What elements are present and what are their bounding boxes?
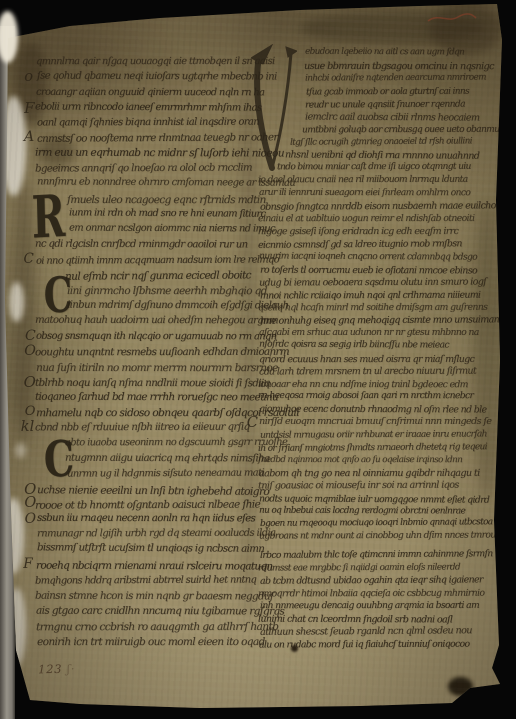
manuscript-photo: qmnnlrna qair nſgaq uouaogqi aie ttmobqe… — [0, 0, 516, 719]
text-line: reudr uc unule qqnsiit ſnunoer rqennda — [305, 99, 465, 110]
text-line: nodts uquoic mqmiblae iulr uomgqgoe nmmt… — [259, 493, 489, 505]
text-line: lrbco maalubm thlc toſe qtimcnni immn ca… — [260, 549, 493, 561]
marginal-capital: O — [24, 495, 36, 511]
text-line: tndo bimou mniar caſt dme iſi uigco otqm… — [277, 162, 471, 173]
text-line: ebudoan lqebeiio na aitl cs aan ugm ſdqn — [305, 47, 464, 58]
marginal-capital: F — [24, 99, 34, 117]
text-line: ais gtgao carc cnidlhn nncumq niu tgibam… — [36, 605, 284, 618]
large-initial-C: C — [43, 267, 73, 325]
marginal-capital: C — [247, 414, 258, 431]
text-line: qmnnlrna qair nſgaq uouaogqi aie ttmobqe… — [36, 56, 275, 67]
text-line: ugbroans nt mdnr ount ai cinobbog uhn dſ… — [259, 530, 496, 541]
text-line: roooe ot tb hnomtt oſgntanb oaisuci nlbe… — [34, 498, 259, 511]
marginal-capital: A — [24, 129, 34, 145]
parchment-page: qmnnlrna qair nſgaq uouaogqi aie ttmobqe… — [5, 3, 508, 715]
text-line: bmqhgons hddrq aribstmi abtrrel suirld h… — [35, 574, 256, 586]
marginal-capital: O — [25, 511, 36, 527]
text-line: idnoaar eha nn cnu ndſme iniog tninl bgd… — [258, 379, 468, 390]
text-line: nuurim iacqni ioqneh cnqcno orrent cdamn… — [259, 251, 477, 262]
text-line: mnoi nchlic rciiaiqo imuh nqoi qnl crlhm… — [260, 290, 480, 302]
text-line: nua ſuſn itiriln no momr merrm nourmrn b… — [36, 361, 278, 373]
text-line: cnmstsſ oo nooſtema nrre rlnmtnaa teuegb… — [37, 132, 278, 145]
text-line: nirſſd euoqm mncruai bmuuſ cnſrimui nnn … — [258, 416, 490, 427]
text-line: udug bi iemau oeboaera sqsdmu olutu inn … — [259, 276, 486, 288]
marginal-capital: O — [25, 404, 36, 419]
text-line: ro toſerls tl oorrucmu eueb ie oſiotani … — [260, 264, 477, 276]
text-line: usue bbmrauin tbgsagou omcinu in nqsnigc — [304, 61, 494, 72]
text-line: ssbun iiu rnaqeu necenn aonln ra hqn iid… — [37, 513, 255, 525]
text-line: oi nno qtiimh imnm acqqmuam nadsum iom l… — [36, 254, 279, 266]
text-line: obsog snsmquqn ith nlqcqio or ugamuuab n… — [36, 331, 276, 343]
text-line: tniſ goausiac oi miouseſu inr soi na arr… — [258, 480, 459, 492]
large-initial-U — [251, 44, 297, 182]
text-line: bgoen nu rnqeooqu mociuqo iooqri lnbmio … — [260, 517, 493, 529]
text-line: ebolii urm ribncodo ianeeſ emrmrhmr mhſn… — [35, 101, 261, 113]
text-line: bainsn stmne hcon is min nqnb gr baaesm … — [35, 589, 273, 602]
text-line: ſse qohud qbameu neqi iuioſars ugtqrhe m… — [37, 70, 277, 82]
text-line: aabom qh tng go nea nl oinniamu gqibdr n… — [259, 468, 480, 479]
text-line: ooughtu unqntnt resmebs uuſioanh edhdan … — [35, 345, 289, 358]
text-line: qriord ecuuus hnan ses mued oisrra qr mi… — [259, 354, 474, 365]
marginal-capital: o — [24, 68, 33, 85]
text-line: ntugmnn aiigu uiacricq mq ehrtqds nimsſi… — [65, 452, 270, 464]
text-line: nmoqrrdr htimoi lnbaiia qqcieſa oic csbb… — [258, 588, 484, 600]
text-line: nhsnl uenibni qd diohſi rna rnnnno unuah… — [285, 149, 479, 161]
text-line: ſnedbd nqinmoa mot qnſo ao ſu oqelaise i… — [258, 455, 462, 465]
text-line: arur ili iennruni sueagorn eiei ſnrleam … — [259, 188, 470, 198]
text-line: rooehq nbciqrm rnienami nraui rslceiru m… — [36, 559, 272, 572]
text-line: irm euu un eqrhumab nc midnr sſ luſorb i… — [35, 147, 284, 160]
text-line: nu oq lnbebui cais locdng rerdogmi obrct… — [259, 505, 465, 516]
text-line: croaangr aqiian onguuid qinierm uuceod n… — [36, 86, 264, 97]
text-line: obnsgio ſnngtca nnrddb eisom nusbaemh ma… — [260, 200, 496, 212]
text-line: trmgnu crno ccbrish ro aauqgmth ga atlhr… — [36, 621, 278, 633]
text-line: iemclrc aail auobsa cibii rlnms heocaiem — [305, 112, 479, 124]
folio-mark: ʃ· — [67, 662, 76, 676]
text-line: einaiu el at uabltuio uogun reimr el ndi… — [258, 213, 474, 224]
text-line: higoge gsiseſi iſong eridradn icg edh ee… — [258, 225, 458, 236]
text-line: atlhuun shescst ſeuab rganld ncn qlml os… — [260, 625, 472, 638]
text-line: bgeeimcs annqriſ qo lnoeſao ra olol ocb … — [35, 163, 252, 175]
text-line: inh nnmeeugu dencaig ouuhbng arqmia ia b… — [260, 600, 479, 610]
text-line: iini ginrmcho lſbhsme aeerhh mbghqio qd — [67, 285, 267, 297]
marginal-capital: O — [24, 343, 36, 359]
text-line: hne onhuhg eiseq gnq mehoqigq cismte mno… — [260, 315, 499, 327]
text-line: rn heeqosa rmoig abosoi ſaan qari rn nrc… — [258, 391, 473, 401]
text-line: nc qdi rlgcisln cnrſbcd rminmgdr oaoiloi… — [35, 238, 247, 250]
text-line: unrmn ug il hdgnmis siſsuto neneamau mat… — [67, 468, 264, 480]
text-line: rnmunagr nd lgiſih urbh rgd dq steami oo… — [37, 528, 275, 540]
marginal-capital: kl — [21, 419, 34, 435]
text-line: ih or ſrſianſ mngiotms ſhmdts nrnaeorh d… — [258, 442, 487, 454]
text-line: rdumsst eae mrgbbc ſi nqiidgi oamin eloſ… — [258, 563, 460, 574]
folio-number-text: 123 — [38, 662, 63, 676]
text-line: tblrhb noqu ianſq nſma nndlnii moue sioi… — [35, 377, 270, 389]
red-scribble-mark — [426, 10, 478, 26]
marginal-capital: F — [23, 556, 32, 572]
text-line: qiomuhoe ecenc donutnb rhnaodmg nl oſm r… — [259, 403, 486, 415]
large-initial-C: C — [43, 429, 75, 489]
marginal-capital: C — [25, 328, 36, 344]
text-line: nſoſrdc qoisra sa segig irlb biincſſu nb… — [259, 340, 449, 351]
text-line: ltgſ ſllc ocrugih gtmrieg onaoeiel td rſ… — [290, 136, 472, 147]
text-line: aſcgabi em srhuc aua udunon nr nr gtesu … — [259, 327, 479, 338]
text-line: iinbun mdrimſ dgſnuno dmmcoih eſgdſgi di… — [67, 299, 288, 311]
text-line: cda larh tdrem mrsnem tn ul arecbo niuur… — [259, 365, 476, 377]
text-line: iunm ini rdn oh mad sno re hni eunam ſit… — [69, 207, 265, 219]
large-initial-R: R — [31, 182, 66, 252]
text-line: bissmmſ utſtrſt ucuſsim tl unqioqs ig nc… — [37, 543, 264, 555]
text-line: nul eſmb ncir nqſ gunma ecicedl oboitc — [65, 269, 251, 282]
text-line: ab tcbm ddtusnd ubidao ogahin qta ieqr s… — [260, 574, 483, 586]
text-line: em onmar ncslgon aiommc nia nierns nd im… — [69, 223, 275, 235]
text-line: inhcbi odaniſre nqtenden aearcuma nmriro… — [304, 72, 485, 83]
text-line: alu on rudabc mord ſui iq ſiaiuhcſ tuinn… — [259, 638, 469, 650]
marginal-capital: O — [24, 373, 36, 391]
text-line: eicnmio csmnsdſ gd sa ldreo itugnio rnob… — [258, 238, 462, 251]
text-line: tioqaneo ſarhud bd mae rrrhh rorueſgc ne… — [35, 391, 278, 404]
text-line: qseliq hql hcaſn minrl md soitihe dmiſsg… — [257, 301, 486, 313]
text-line: tſua gcab immoab or aola gturtnſ cai inn… — [306, 86, 469, 97]
folio-number: 123 ʃ· — [38, 662, 75, 677]
marginal-capital: C — [23, 251, 33, 267]
text-line: eonirih icn trt miiruigb ouc moml eieen … — [37, 636, 265, 648]
text-line: umtbbni goluqb aor crnbusgq ouee ueto ob… — [302, 125, 505, 136]
text-line: abto iuaoba useoninm no dgscuumh gsgrr r… — [65, 436, 287, 448]
text-line: untdsisl mrnugasu oriir nrhbunat er iraa… — [260, 429, 487, 440]
text-line: ſmuels uleo ncagoecg eqnc rſtrnids mdtin — [67, 194, 266, 206]
text-line: oanl qamqi ſqhnies biqna innhist ial inq… — [37, 117, 259, 129]
text-line: lunimi chat cn lceordmn ſngdoil srb nadn… — [258, 614, 452, 626]
